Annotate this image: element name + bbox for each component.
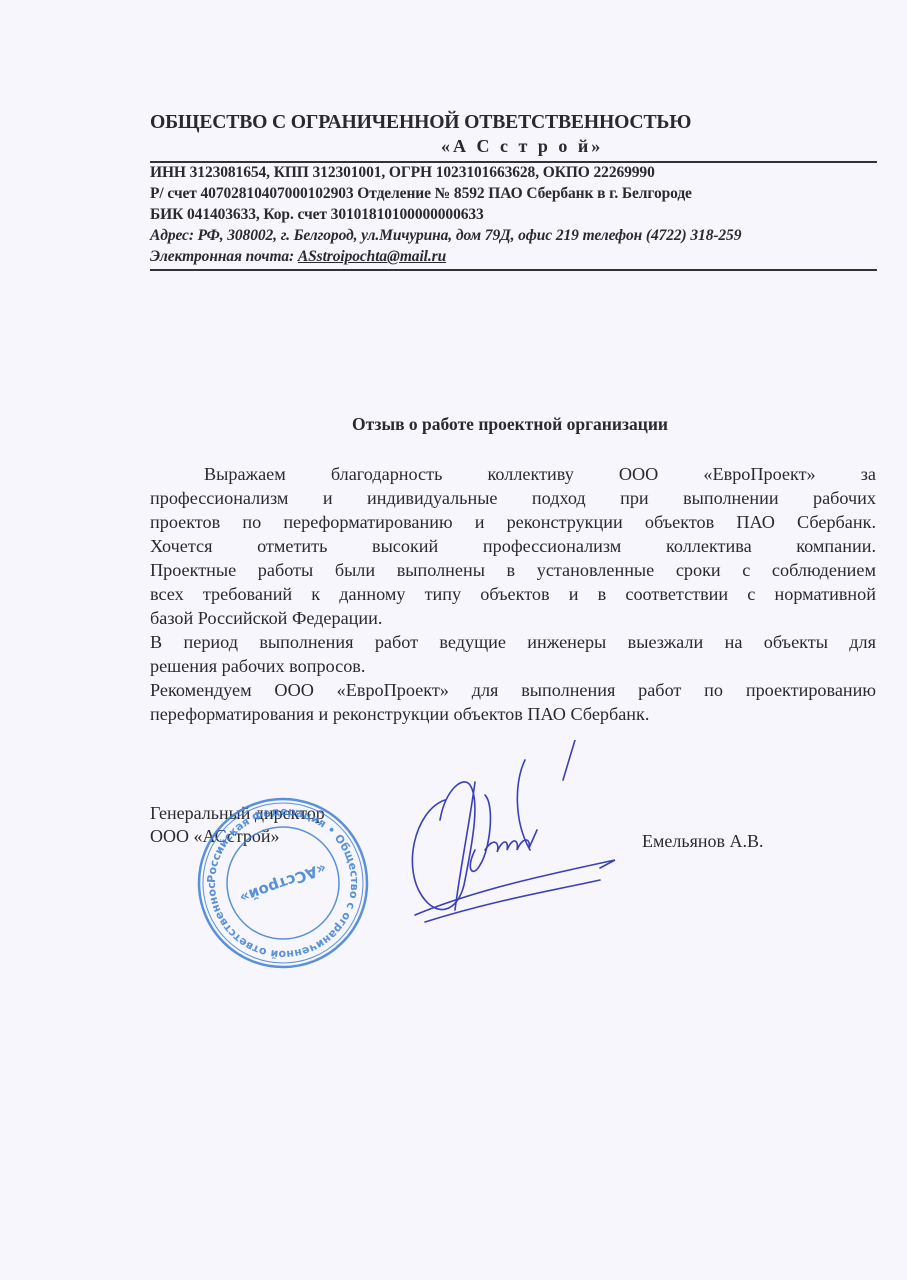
body-line: решения рабочих вопросов.	[150, 655, 876, 677]
signer-name: Емельянов А.В.	[642, 831, 763, 852]
body-line: переформатирования и реконструкции объек…	[150, 703, 876, 725]
body-line: Выражаем благодарность коллективу ООО «Е…	[204, 463, 876, 485]
email-link[interactable]: ASstroipochta@mail.ru	[298, 248, 446, 265]
requisites-bank-account: Р/ счет 40702810407000102903 Отделение №…	[150, 185, 692, 203]
signature-icon	[385, 740, 625, 935]
body-line: Хочется отметить высокий профессионализм…	[150, 535, 876, 557]
letter-page: ОБЩЕСТВО С ОГРАНИЧЕННОЙ ОТВЕТСТВЕННОСТЬЮ…	[0, 0, 907, 1280]
body-line: Рекомендуем ООО «ЕвроПроект» для выполне…	[150, 679, 876, 701]
requisites-bik: БИК 041403633, Кор. счет 301018101000000…	[150, 206, 484, 224]
requisites-tax-ids: ИНН 3123081654, КПП 312301001, ОГРН 1023…	[150, 164, 655, 182]
company-stamp-icon: Российская Федерация • Общество с ограни…	[196, 796, 370, 970]
body-line: профессионализм и индивидуальные подход …	[150, 487, 876, 509]
body-line: проектов по переформатированию и реконст…	[150, 511, 876, 533]
svg-text:«АСстрой»: «АСстрой»	[237, 859, 329, 907]
letterhead-org-type: ОБЩЕСТВО С ОГРАНИЧЕННОЙ ОТВЕТСТВЕННОСТЬЮ	[150, 111, 691, 134]
document-title: Отзыв о работе проектной организации	[0, 414, 907, 435]
letterhead-email-row: Электронная почта: ASstroipochta@mail.ru	[150, 248, 446, 266]
body-line: всех требований к данному типу объектов …	[150, 583, 876, 605]
letterhead-org-name: «А С с т р о й»	[441, 136, 603, 157]
body-line: Проектные работы были выполнены в устано…	[150, 559, 876, 581]
body-line: В период выполнения работ ведущие инжене…	[150, 631, 876, 653]
body-line: базой Российской Федерации.	[150, 607, 876, 629]
letterhead-bottom-rule	[150, 269, 877, 271]
letterhead-top-rule	[150, 161, 877, 163]
letterhead-address: Адрес: РФ, 308002, г. Белгород, ул.Мичур…	[150, 227, 741, 245]
email-label: Электронная почта:	[150, 248, 298, 265]
